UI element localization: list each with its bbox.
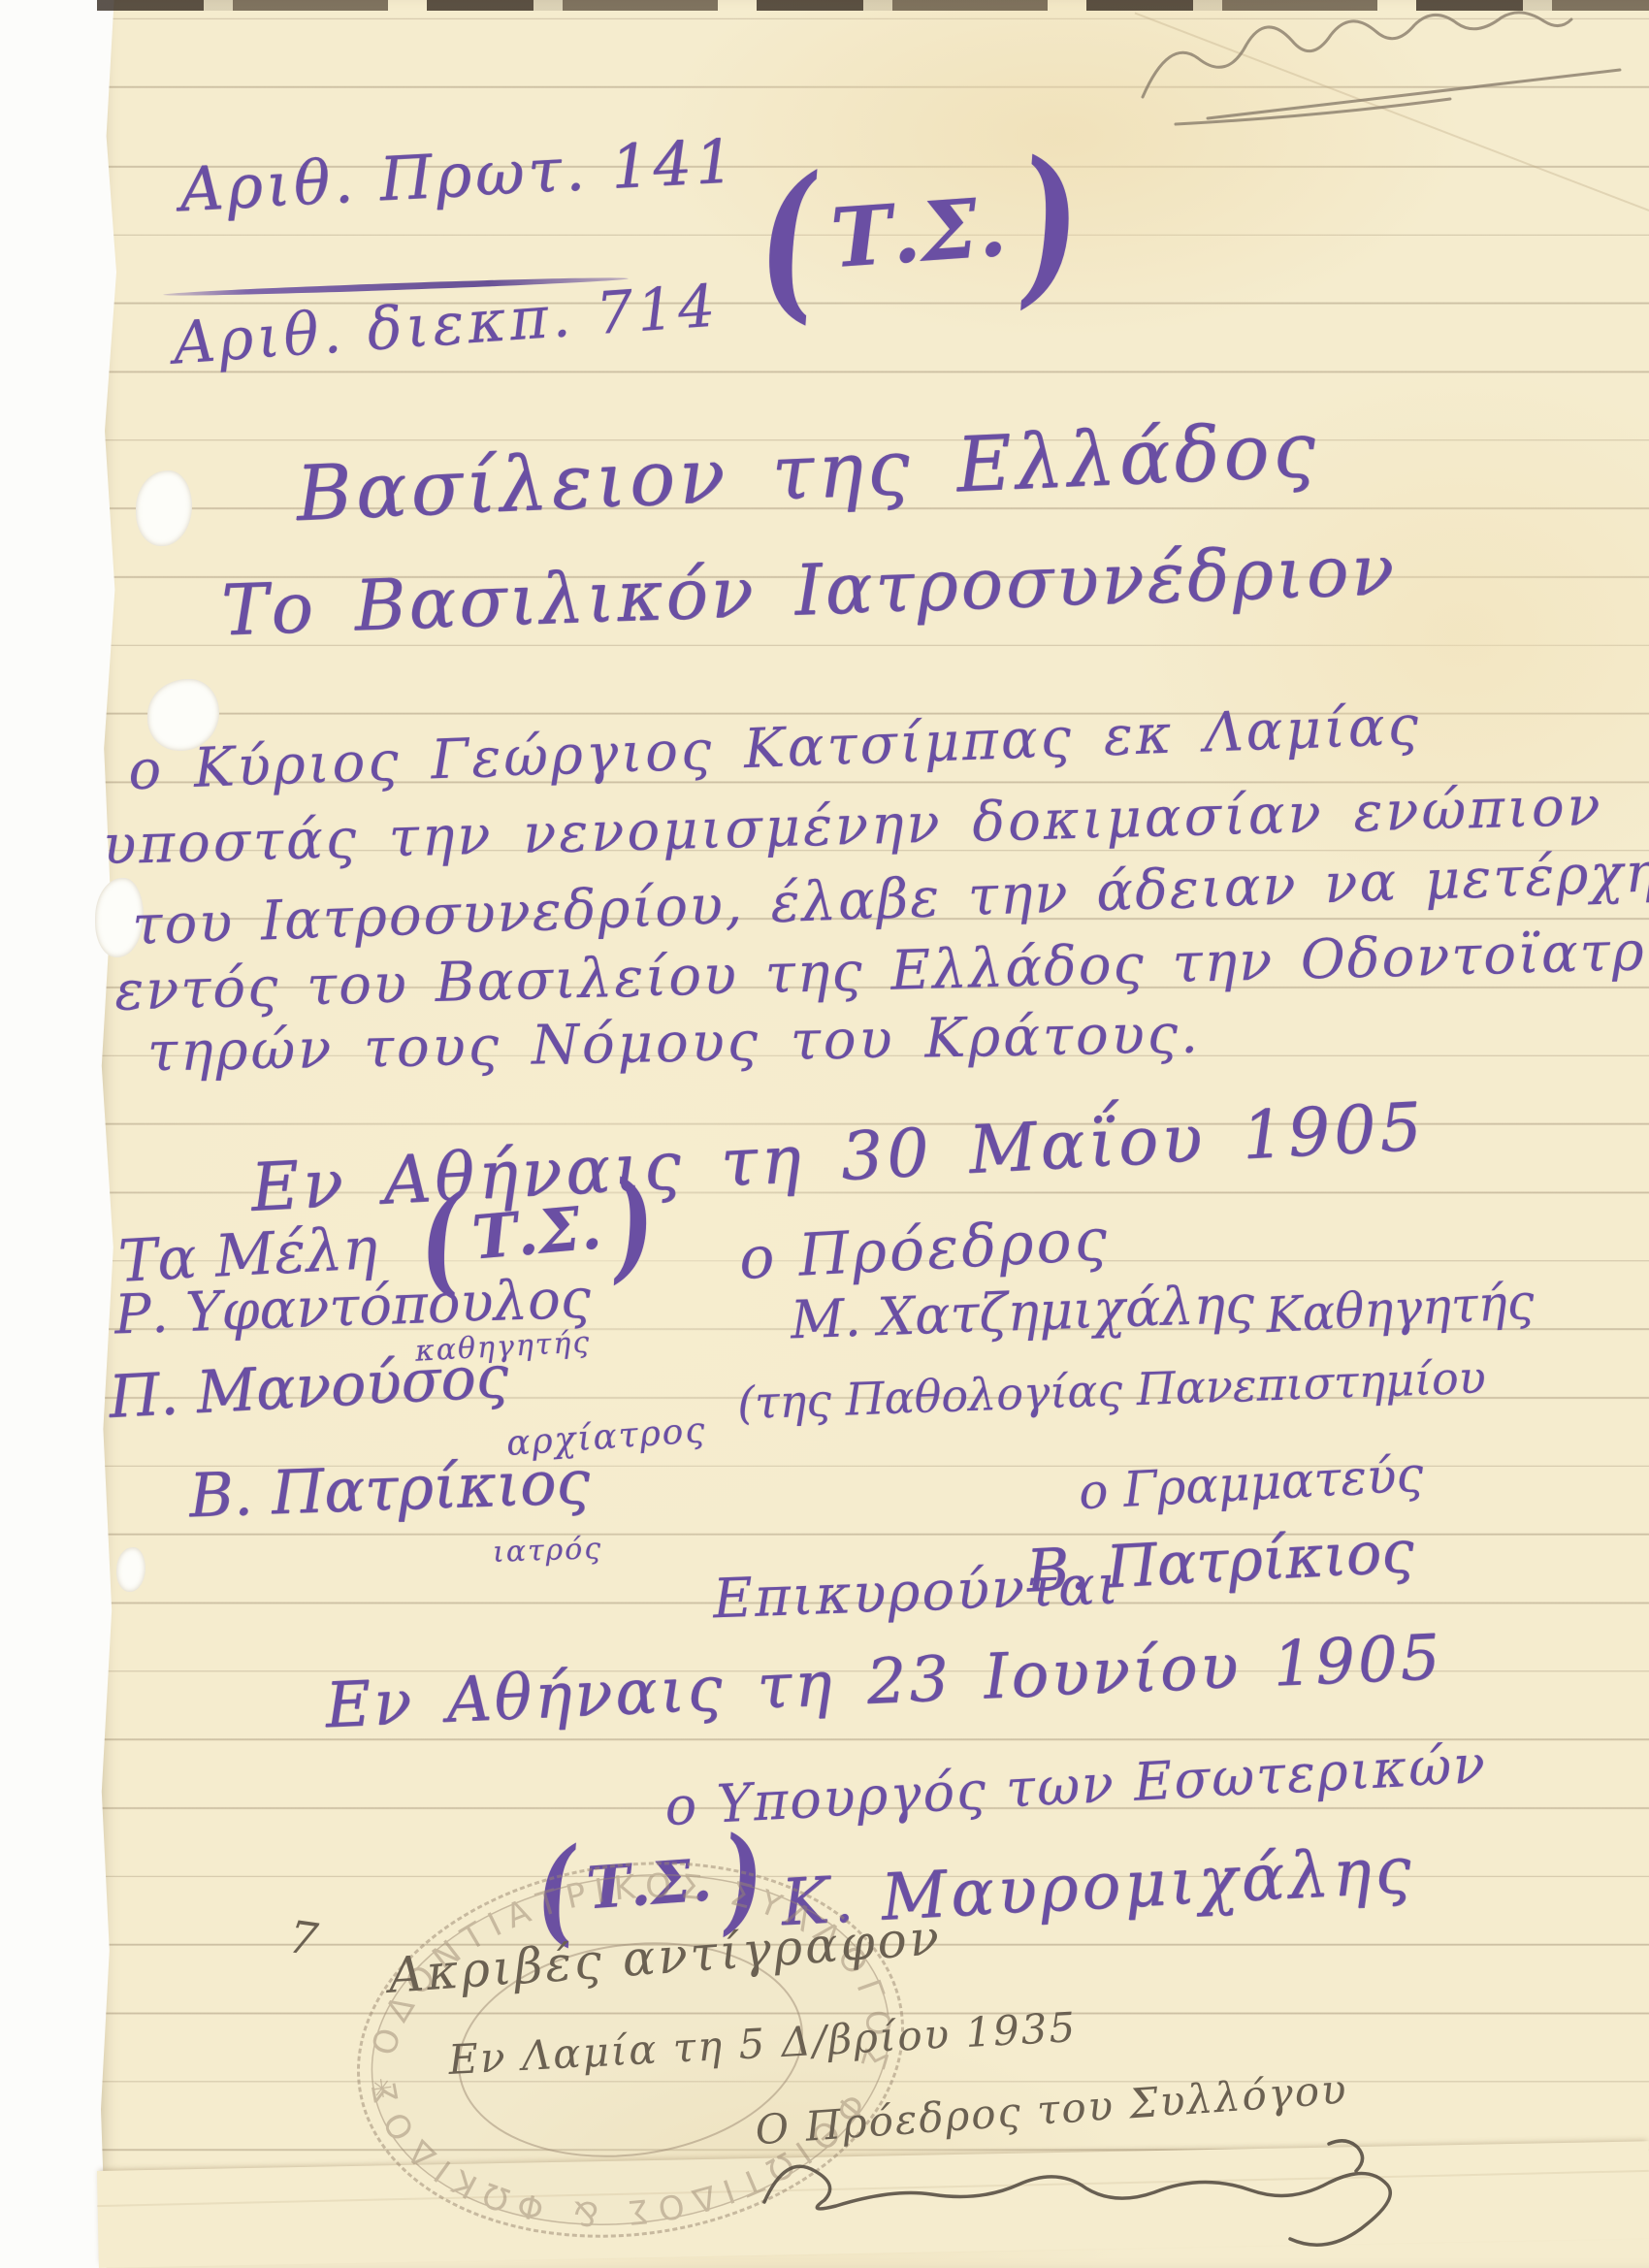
seal-paren-close: ) (608, 1176, 659, 1274)
ratification-heading: Επικυρούνται (712, 1559, 1121, 1628)
stamp-star-icon: ✳ (370, 2074, 395, 2106)
signature-member-title: ιατρός (493, 1535, 603, 1568)
seal-letters: Τ.Σ. (828, 186, 1009, 279)
document-scan: Αριθ. Πρωτ. 141 Αριθ. διεκπ. 714 ( Τ.Σ. … (0, 0, 1649, 2268)
pencil-signature-scribble (747, 2134, 1426, 2268)
signature-president-title: Καθηγητής (1265, 1278, 1536, 1340)
seal-paren-open: ( (753, 172, 823, 311)
president-label: ο Πρόεδρος (738, 1211, 1112, 1288)
signature-president-name: Μ. Χατζημιχάλης (790, 1279, 1255, 1347)
pencil-scribble-annotation (1115, 0, 1649, 136)
signature-member-name: Β. Πατρίκιος (188, 1452, 591, 1526)
seal-placeholder-top: ( Τ.Σ. ) (743, 153, 1095, 312)
seal-paren-close: ) (1015, 154, 1084, 294)
seal-letters: Τ.Σ. (469, 1197, 603, 1268)
